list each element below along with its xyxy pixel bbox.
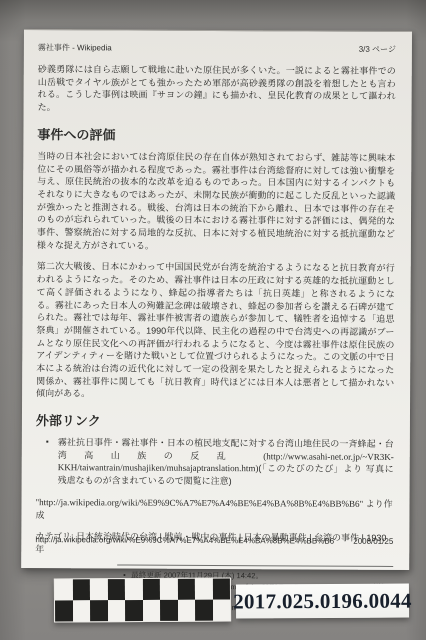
document-title: 霧社事件 - Wikipedia bbox=[38, 42, 112, 53]
evaluation-paragraph-2: 第二次大戦後、日本にかわって中国国民党が台湾を統治するようになると抗日教育が行わ… bbox=[36, 261, 395, 403]
checkerboard-scale-icon bbox=[54, 578, 231, 623]
checker-cell bbox=[55, 600, 73, 621]
footer-url: http://ja.wikipedia.org/wiki/%E9%9C%A7%E… bbox=[35, 535, 334, 546]
checker-cell bbox=[90, 600, 108, 621]
checker-cell bbox=[195, 579, 213, 600]
source-line: "http://ja.wikipedia.org/wiki/%E9%9C%A7%… bbox=[35, 496, 393, 524]
document-page: 霧社事件 - Wikipedia 3/3 ページ 砂義勇隊には自ら志願して戦地に… bbox=[21, 29, 412, 570]
print-footer: http://ja.wikipedia.org/wiki/%E9%9C%A7%E… bbox=[35, 535, 393, 546]
section-heading-evaluation: 事件への評価 bbox=[37, 124, 395, 145]
print-header: 霧社事件 - Wikipedia 3/3 ページ bbox=[38, 42, 396, 55]
checker-cell bbox=[125, 579, 143, 600]
checker-cell bbox=[160, 579, 178, 600]
page-number: 3/3 ページ bbox=[359, 44, 396, 55]
external-link-list: 霧社抗日事件・霧社事件・日本の植民地支配に対する台湾山地住民の一斉蜂起・台湾高山… bbox=[36, 436, 394, 488]
section-heading-external-links: 外部リンク bbox=[36, 410, 394, 431]
checker-cell bbox=[177, 600, 195, 621]
external-link-item: 霧社抗日事件・霧社事件・日本の植民地支配に対する台湾山地住民の一斉蜂起・台湾高山… bbox=[58, 436, 394, 488]
checker-cell bbox=[212, 600, 230, 621]
checker-cell bbox=[143, 600, 161, 621]
checker-cell bbox=[177, 579, 195, 600]
accession-number-label: 2017.025.0196.0044 bbox=[236, 584, 409, 619]
evaluation-paragraph-1: 当時の日本社会においては台湾原住民の存在自体が熟知されておらず、雑誌等に興味本位… bbox=[37, 150, 396, 253]
checker-cell bbox=[107, 579, 125, 600]
intro-paragraph: 砂義勇隊には自ら志願して戦地に赴いた原住民が多くいた。一説によると霧社事件での山… bbox=[38, 63, 396, 116]
accession-number: 2017.025.0196.0044 bbox=[233, 588, 412, 614]
checker-cell bbox=[160, 600, 178, 621]
checker-cell bbox=[142, 579, 160, 600]
checker-cell bbox=[72, 579, 90, 600]
print-date: 2008/01/25 bbox=[353, 537, 393, 546]
source-url: "http://ja.wikipedia.org/wiki/%E9%9C%A7%… bbox=[35, 497, 363, 509]
checker-cell bbox=[212, 579, 230, 600]
checker-cell bbox=[195, 600, 213, 621]
checker-cell bbox=[125, 600, 143, 621]
checker-cell bbox=[73, 600, 91, 621]
checker-cell bbox=[55, 579, 73, 600]
checker-cell bbox=[108, 600, 126, 621]
archive-photo: 霧社事件 - Wikipedia 3/3 ページ 砂義勇隊には自ら志願して戦地に… bbox=[0, 0, 426, 640]
checker-cell bbox=[90, 579, 108, 600]
